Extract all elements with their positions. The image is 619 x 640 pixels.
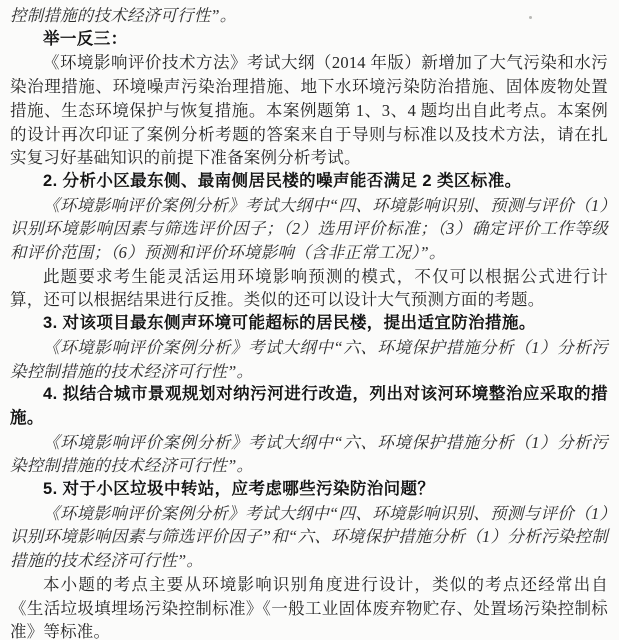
question-3-syllabus-reference: 《环境影响评价案例分析》考试大纲中“六、环境保护措施分析（1）分析污染控制措施的… xyxy=(10,336,608,383)
continuation-syllabus-fragment: 控制措施的技术经济可行性”。 xyxy=(10,4,608,28)
scan-speck xyxy=(529,16,532,19)
scanned-page: 控制措施的技术经济可行性”。举一反三：《环境影响评价技术方法》考试大纲（2014… xyxy=(0,0,619,640)
question-2-commentary: 此题要求考生能灵活运用环境影响预测的模式，不仅可以根据公式进行计算，还可以根据结… xyxy=(10,265,608,312)
question-4-heading: 4. 拟结合城市景观规划对纳污河进行改造，列出对该河环境整治应采取的措施。 xyxy=(10,383,608,430)
question-5-commentary: 本小题的考点主要从环境影响识别角度进行设计，类似的考点还经常出自《生活垃圾填埋场… xyxy=(10,573,608,640)
question-4-syllabus-reference: 《环境影响评价案例分析》考试大纲中“六、环境保护措施分析（1）分析污染控制措施的… xyxy=(10,431,608,478)
heading-extrapolation: 举一反三： xyxy=(10,28,608,52)
question-2-syllabus-reference: 《环境影响评价案例分析》考试大纲中“四、环境影响识别、预测与评价（1）识别环境影… xyxy=(10,194,608,265)
question-3-heading: 3. 对该项目最东侧声环境可能超标的居民楼，提出适宜防治措施。 xyxy=(10,312,608,336)
question-5-heading: 5. 对于小区垃圾中转站，应考虑哪些污染防治问题？ xyxy=(10,478,608,502)
document-body: 控制措施的技术经济可行性”。举一反三：《环境影响评价技术方法》考试大纲（2014… xyxy=(10,4,608,640)
question-5-syllabus-reference: 《环境影响评价案例分析》考试大纲中“四、环境影响识别、预测与评价（1）识别环境影… xyxy=(10,502,608,573)
question-2-heading: 2. 分析小区最东侧、最南侧居民楼的噪声能否满足 2 类区标准。 xyxy=(10,170,608,194)
commentary-technical-methods: 《环境影响评价技术方法》考试大纲（2014 年版）新增加了大气污染和水污染治理措… xyxy=(10,51,608,170)
scan-speck xyxy=(601,599,604,601)
